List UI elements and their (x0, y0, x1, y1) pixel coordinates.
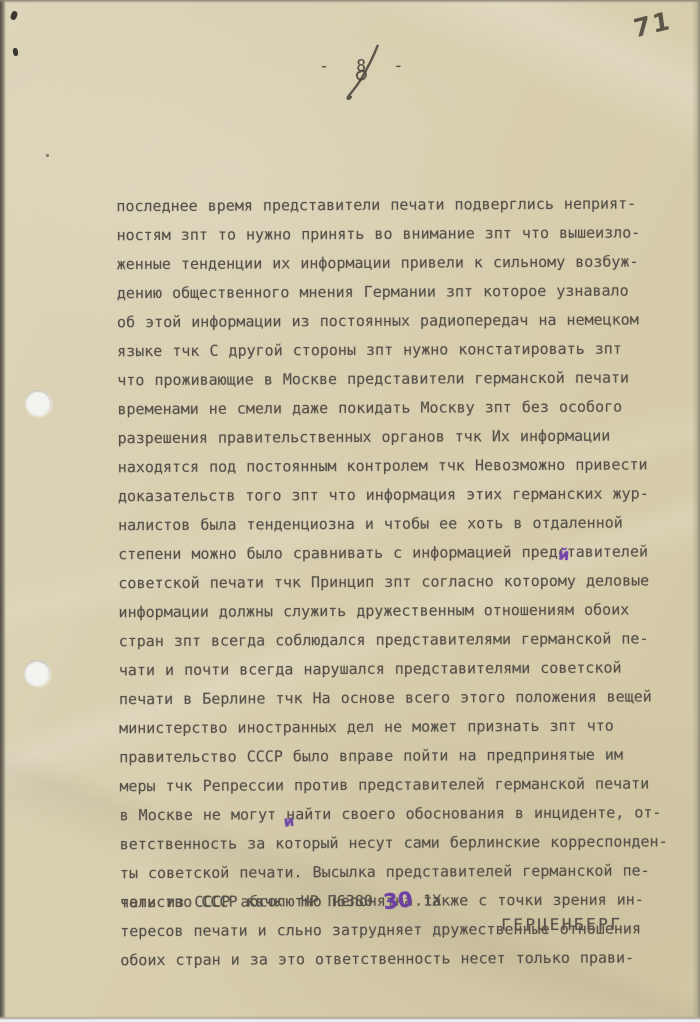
text-line: доказательств того зпт что информация эт… (118, 479, 678, 511)
closing-line: тельство СССР квчк НР П638030.1Х (120, 887, 441, 918)
text-line: печати в Берлине тчк На основе всего это… (119, 682, 679, 714)
text-line: чати и почти всегда нарушался представит… (119, 653, 679, 685)
text-line: меры тчк Репрессии против представителей… (119, 769, 679, 801)
text-line: дению общественного мнения Германии зпт … (117, 276, 677, 308)
page-content: - 8 - последнее время представители печа… (0, 0, 700, 1022)
text-line: об этой информации из постоянных радиопе… (117, 305, 677, 337)
text-line: степени можно было сравнивать с информац… (118, 537, 678, 569)
typed-text-block: последнее время представители печати под… (116, 102, 681, 975)
handwritten-date-number: 30 (382, 887, 414, 914)
text-line: последнее время представители печати под… (116, 189, 676, 221)
scan-edge-bottom (0, 1016, 700, 1022)
text-line: языке тчк С другой стороны зпт нужно кон… (117, 334, 677, 366)
text-line: ветственность за который несут сами берл… (120, 827, 680, 859)
text-line: министерство иностранных дел не может пр… (119, 711, 679, 743)
signature-name: ГЕРЦЕНБЕРГ (501, 915, 622, 935)
text-line: временами не смели даже покидать Москву … (117, 392, 677, 424)
scan-edge-left (0, 0, 6, 1022)
text-line: ностям зпт то нужно принять во внимание … (116, 218, 676, 250)
scan-edge-top (0, 0, 700, 3)
text-line: правительство СССР было вправе пойти на … (119, 740, 679, 772)
text-line: информации должны служить дружественным … (118, 595, 678, 627)
text-line: женные тенденции их информации привели к… (117, 247, 677, 279)
text-line: стран зпт всегда соблюдался представител… (119, 624, 679, 656)
text-line: находятся под постоянным контролем тчк Н… (118, 450, 678, 482)
text-line: что проживающие в Москве представители г… (117, 363, 677, 395)
text-line: разрешения правительственных органов тчк… (118, 421, 678, 453)
text-line: в Москве не могут найти своего обоснован… (120, 798, 680, 830)
closing-line-text: тельство СССР квчк НР П6380 (120, 892, 373, 911)
text-line: обоих стран и за это ответственность нес… (120, 943, 680, 975)
handwritten-correction-letter: й (558, 545, 570, 565)
text-line: ты советской печати. Высылка представите… (120, 856, 680, 888)
scan-edge-right (692, 0, 700, 1022)
page-number: - 8 - (316, 56, 416, 76)
handwritten-correction-letter: и (282, 812, 295, 831)
text-line: налистов была тенденциозна и чтобы ее хо… (118, 508, 678, 540)
text-line: советской печати тчк Принцип зпт согласн… (118, 566, 678, 598)
closing-line-date-suffix: .1Х (414, 892, 441, 910)
scanned-document-page: 71 - 8 - последнее время представители п… (0, 0, 700, 1022)
